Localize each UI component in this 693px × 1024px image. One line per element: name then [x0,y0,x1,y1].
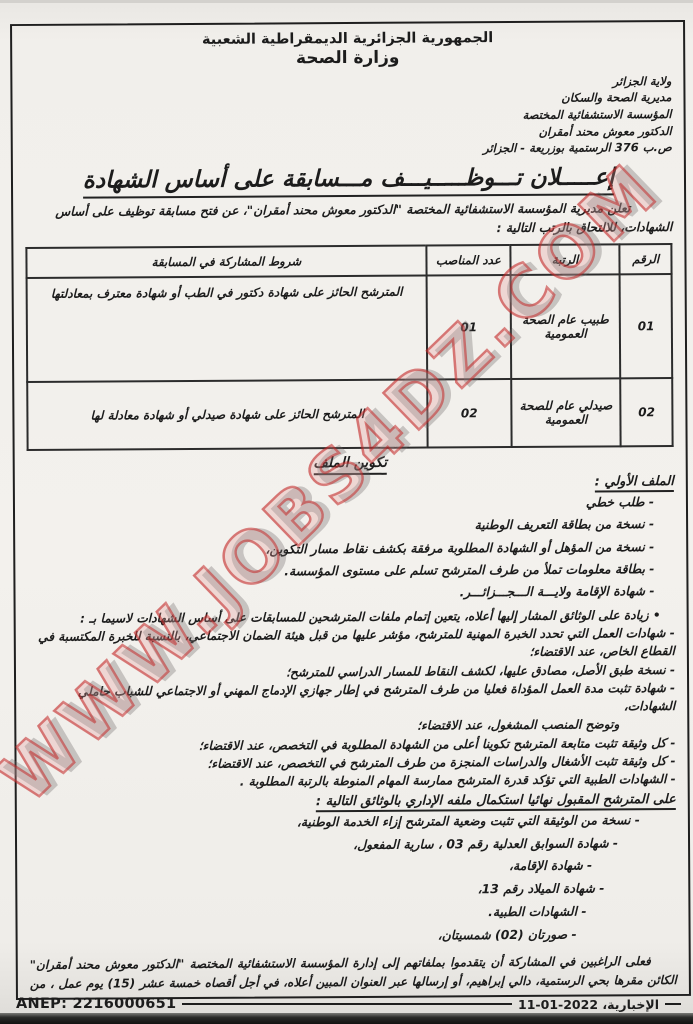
footer-divider-line [182,1003,512,1005]
cell-number: 02 [621,378,673,446]
final-file-heading: على المترشح المقبول نهائيا استكمال ملفه … [29,792,676,811]
announcement-title: إعـــــلان تـــوظـــــيـــف مـــسابقة عل… [35,164,662,199]
table-header-row: الرقم الرتبة عدد المناصب شروط المشاركة ف… [26,244,671,278]
additional-documents-note: • زيادة على الوثائق المشار إليها أعلاه، … [28,606,676,793]
list-item: - نسخة من الوثيقة التي تثبت وضعية المترش… [29,809,676,836]
cell-conditions: المترشح الحائز على شهادة دكتور في الطب أ… [27,276,428,382]
intro-paragraph: تعلن مديرية المؤسسة الاستشفائية المختصة … [25,199,672,241]
file-composition-heading: تكوين الملف [27,453,674,473]
col-header-posts: عدد المناصب [426,245,510,276]
initial-file-subheading: الملف الأولي : [27,474,674,493]
final-file-list: - نسخة من الوثيقة التي تثبت وضعية المترش… [29,809,677,951]
col-header-rank: الرتبة [510,244,620,275]
scan-bottom-edge [0,1013,693,1024]
col-header-number: الرقم [620,244,672,274]
list-item: - نسخة من بطاقة التعريف الوطنية [27,513,654,539]
list-item: - الشهادات الطبية. [29,900,676,927]
anep-reference: ANEP: 2216000651 [16,996,176,1012]
list-item: - شهادة تثبت مدة العمل المؤداة فعليا من … [28,679,675,720]
table-row: 02 صيدلي عام للصحة العمومية 02 المترشح ا… [27,378,672,450]
initial-file-list: - طلب خطي - نسخة من بطاقة التعريف الوطني… [27,491,675,607]
closing-paragraph: فعلى الراغبين في المشاركة أن يتقدموا بمل… [30,952,677,1000]
positions-table: الرقم الرتبة عدد المناصب شروط المشاركة ف… [25,243,673,451]
org-line-address: ص.ب 376 الرستمية بوزريعة - الجزائر [25,139,672,160]
list-item: - صورتان (02) شمسيتان، [30,923,677,950]
cell-rank: صيدلي عام للصحة العمومية [511,378,621,447]
cell-posts: 01 [426,275,510,380]
list-item: - شهادة الإقامة ولايـــة الـــجـــزائـــ… [27,580,654,606]
footer-bar: ANEP: 2216000651 الإخبارية، 2022-01-11 [16,996,681,1012]
publication-source-date: الإخبارية، 2022-01-11 [518,997,659,1012]
list-item: - شهادات العمل التي تحدد الخبرة المهنية … [28,624,675,665]
issuing-org-block: ولاية الجزائر مديرية الصحة والسكان المؤس… [24,73,671,160]
cell-conditions: المترشح الحائز على شهادة صيدلي أو شهادة … [27,379,427,449]
cell-number: 01 [620,274,672,378]
scan-top-edge [0,0,693,3]
document-border-frame: الجمهورية الجزائرية الديمقراطية الشعبية … [10,20,691,1000]
document-header: الجمهورية الجزائرية الديمقراطية الشعبية … [24,28,671,70]
col-header-conditions: شروط المشاركة في المسابقة [26,246,426,278]
list-item: - الشهادات الطبية التي تؤكد قدرة المترشح… [29,770,676,792]
table-row: 01 طبيب عام الصحة العمومية 01 المترشح ال… [27,274,673,382]
ministry-title: وزارة الصحة [24,46,671,70]
scanned-document-page: الجمهورية الجزائرية الديمقراطية الشعبية … [0,0,693,1024]
cell-posts: 02 [427,379,511,448]
footer-divider-short [665,1003,681,1005]
cell-rank: طبيب عام الصحة العمومية [510,274,620,379]
